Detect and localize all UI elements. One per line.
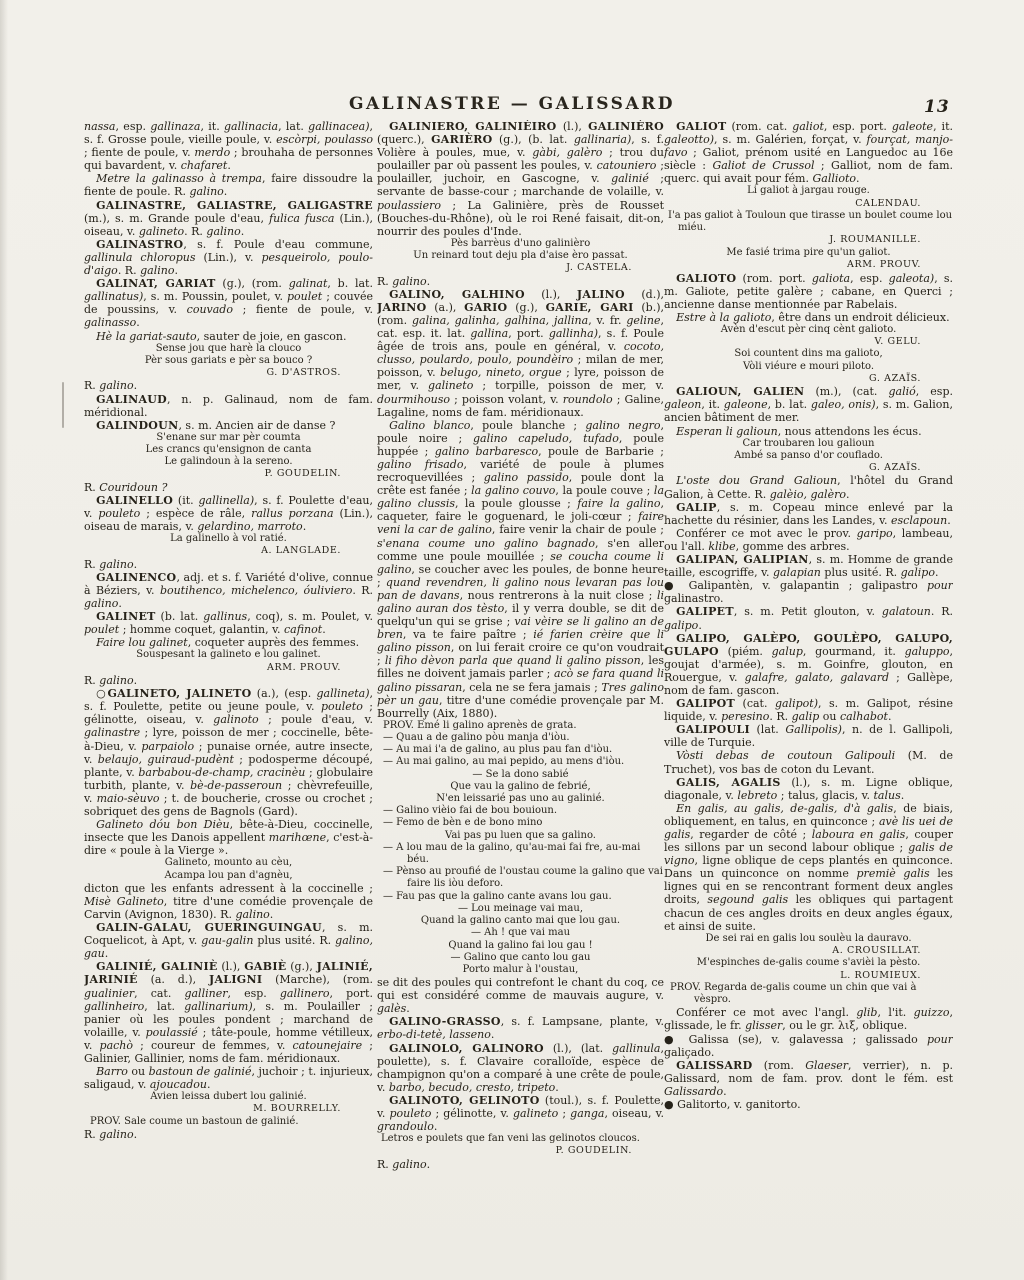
paragraph: dicton que les enfants adressent à la co… [84, 882, 373, 921]
proverb-line: — Galino vièio fai de bou bouioun. [377, 805, 664, 817]
paragraph: R. galino. [377, 275, 664, 288]
paragraph: R. galino. [84, 1128, 373, 1141]
verse-line: La galinello à vol ratié. [84, 533, 373, 545]
attribution: L. ROUMIEUX. [664, 970, 953, 982]
entry-paragraph: GALINET (b. lat. gallinus, coq), s. m. P… [84, 610, 373, 636]
attribution: ARM. PROUV. [84, 662, 373, 674]
proverb-line: — Au mai galino, au mai pepido, au mens … [377, 756, 664, 768]
paragraph: R. galino. [84, 379, 373, 392]
proverb-line: PROV. Regarda de-galis coume un chin que… [664, 982, 953, 1006]
dictionary-page-scan: GALINASTRE — GALISSARD 13 nassa, esp. ga… [0, 0, 1024, 1280]
entry-paragraph: GALINOLO, GALINORO (l.), (lat. gallinula… [377, 1042, 664, 1094]
attribution: G. AZAÏS. [664, 373, 953, 385]
page-number: 13 [924, 97, 950, 117]
entry-paragraph: Estre à la galioto, être dans un endroit… [664, 311, 953, 324]
entry-paragraph: GALINENCO, adj. et s. f. Variété d'olive… [84, 571, 373, 610]
verse-line: Le galindoun à la sereno. [84, 456, 373, 468]
text-column-3: GALIOT (rom. cat. galiot, esp. port. gal… [664, 120, 953, 1272]
entry-paragraph: Faire lou galinet, coqueter auprès des f… [84, 636, 373, 649]
entry-paragraph: GALIN-GALAU, GUERINGUINGAU, s. m. Coquel… [84, 921, 373, 960]
paragraph: R. galino. [377, 1158, 664, 1171]
proverb-line: — Femo de bèn e de bono mino [377, 817, 664, 829]
verse-line: N'en leissarié pas uno au galinié. [377, 793, 664, 805]
attribution: ARM. PROUV. [664, 259, 953, 271]
proverb-line: — Quau a de galino pòu manja d'iòu. [377, 732, 664, 744]
proverb-line: — Au mai i'a de galino, au plus pau fan … [377, 744, 664, 756]
verse-line: Vai pas pu luen que sa galino. [377, 830, 664, 842]
entry-paragraph: GALISSARD (rom. Glaeser, verrier), n. p.… [664, 1059, 953, 1098]
verse-line: Avien leissa dubert lou galinié. [84, 1091, 373, 1103]
entry-paragraph: Galineto dóu bon Dièu, bête-à-Dieu, cocc… [84, 818, 373, 857]
entry-paragraph: GALIPET, s. m. Petit glouton, v. galatou… [664, 605, 953, 631]
entry-paragraph: GALIPOULI (lat. Gallipolis), n. de l. Ga… [664, 723, 953, 749]
scan-edge-shadow [0, 0, 8, 1280]
verse-line: Que vau la galino de febrié, [377, 781, 664, 793]
entry-paragraph: Barro ou bastoun de galinié, juchoir ; t… [84, 1065, 373, 1091]
verse-line: Quand la galino fai lou gau ! [377, 940, 664, 952]
verse-line: Me fasié trima pire qu'un galiot. [664, 247, 953, 259]
verse-line: Quand la galino canto mai que lou gau. [377, 915, 664, 927]
entry-paragraph: Conférer ce mot avec le prov. garipo, la… [664, 527, 953, 553]
attribution: V. GELU. [664, 336, 953, 348]
scan-artifact [62, 382, 64, 428]
verse-line: — Galino que canto lou gau [377, 952, 664, 964]
verse-line: — Se la dono sabié [377, 769, 664, 781]
attribution: J. ROUMANILLE. [664, 234, 953, 246]
entry-paragraph: GALINIÉ, GALINIÈ (l.), GABIÈ (g.), JALIN… [84, 960, 373, 1065]
attribution: J. CASTELA. [377, 262, 664, 274]
paragraph: ● Galitorto, v. ganitorto. [664, 1098, 953, 1111]
entry-paragraph: GALINIERO, GALINIÈIRO (l.), GALINIÈRO (q… [377, 120, 664, 238]
paragraph: ● Galipantèn, v. galapantin ; galipastro… [664, 579, 953, 605]
entry-paragraph: Hè la gariat-sauto, sauter de joie, en g… [84, 330, 373, 343]
verse-line: Soi countent dins ma galioto, [664, 348, 953, 360]
text-column-1: nassa, esp. gallinaza, it. gallinacia, l… [84, 120, 373, 1272]
verse-line: Sense jou que harè la clouco [84, 343, 373, 355]
verse-line: S'enane sur mar pèr coumta [84, 432, 373, 444]
paragraph: se dit des poules qui contrefont le chan… [377, 976, 664, 1015]
entry-paragraph: GALIP, s. m. Copeau mince enlevé par la … [664, 501, 953, 527]
verse-line: Porto malur à l'oustau, [377, 964, 664, 976]
paragraph: nassa, esp. gallinaza, it. gallinacia, l… [84, 120, 373, 172]
entry-paragraph: Conférer ce mot avec l'angl. glib, l'it.… [664, 1006, 953, 1032]
entry-paragraph: Esperan li galioun, nous attendons les é… [664, 425, 953, 438]
paragraph: R. galino. [84, 674, 373, 687]
verse-line: Pès barrèus d'uno galinièro [377, 238, 664, 250]
entry-paragraph: GALIOUN, GALIEN (m.), (cat. galió, esp. … [664, 385, 953, 424]
attribution: M. BOURRELLY. [84, 1103, 373, 1115]
entry-paragraph: GALIPAN, GALIPIAN, s. m. Homme de grande… [664, 553, 953, 579]
entry-paragraph: GALINO-GRASSO, s. f. Lampsane, plante, v… [377, 1015, 664, 1041]
quote-line: Letros e poulets que fan veni las gelino… [377, 1133, 664, 1145]
entry-paragraph: GALIOTO (rom. port. galiota, esp. galeot… [664, 272, 953, 311]
entry-paragraph: En galis, au galis, de-galis, d'à galis,… [664, 802, 953, 933]
paragraph: R. galino. [84, 558, 373, 571]
proverb-line: — Pènso au proufié de l'oustau coume la … [377, 866, 664, 890]
verse-line: Galineto, mounto au cèu, [84, 857, 373, 869]
running-head: GALINASTRE — GALISSARD [0, 94, 1024, 114]
entry-paragraph: Vòsti debas de coutoun Galipouli (M. de … [664, 749, 953, 775]
verse-line: Car troubaren lou galioun [664, 438, 953, 450]
text-column-2: GALINIERO, GALINIÈIRO (l.), GALINIÈRO (q… [377, 120, 664, 1272]
attribution: A. LANGLADE. [84, 545, 373, 557]
verse-line: Li galiot à jargau rouge. [664, 185, 953, 197]
entry-paragraph: GALINOTO, GELINOTO (toul.), s. f. Poulet… [377, 1094, 664, 1133]
proverb-line: — A lou mau de la galino, qu'au-mai fai … [377, 842, 664, 866]
proverb-line: — Fau pas que la galino cante avans lou … [377, 891, 664, 903]
entry-paragraph: L'oste dou Grand Galioun, l'hôtel du Gra… [664, 474, 953, 500]
entry-paragraph: ○GALINETO, JALINETO (a.), (esp. gallinet… [84, 687, 373, 818]
attribution: P. GOUDELIN. [377, 1145, 664, 1157]
verse-line: Pèr sous gariats e pèr sa bouco ? [84, 355, 373, 367]
verse-line: De sei rai en galis lou soulèu la daurav… [664, 933, 953, 945]
entry-paragraph: GALINO, GALHINO (l.), JALINO (d.), JARIN… [377, 288, 664, 419]
verse-line: — Ah ! que vai mau [377, 927, 664, 939]
verse-line: Les crancs qu'ensignon de canta [84, 444, 373, 456]
verse-line: Vòli viéure e mouri piloto. [664, 361, 953, 373]
entry-paragraph: GALINELLO (it. gallinella), s. f. Poulet… [84, 494, 373, 533]
attribution: G. D'ASTROS. [84, 367, 373, 379]
entry-paragraph: GALIPO, GALÈPO, GOULÈPO, GALUPO, GULAPO … [664, 632, 953, 697]
proverb-line: PROV. Emé li galino aprenès de grata. [377, 720, 664, 732]
verse-line: M'espinches de-galis coume s'avièi la pè… [664, 957, 953, 969]
entry-paragraph: GALIS, AGALIS (l.), s. m. Ligne oblique,… [664, 776, 953, 802]
entry-paragraph: GALINASTRO, s. f. Poule d'eau commune, g… [84, 238, 373, 277]
quote-line: I'a pas galiot à Touloun que tirasse un … [664, 210, 953, 234]
entry-paragraph: GALINDOUN, s. m. Ancien air de danse ? [84, 419, 373, 432]
entry-paragraph: GALIPOT (cat. galipot), s. m. Galipot, r… [664, 697, 953, 723]
verse-line: — Lou meinage vai mau, [377, 903, 664, 915]
verse-line: Acampa lou pan d'agnèu, [84, 870, 373, 882]
entry-paragraph: GALIOT (rom. cat. galiot, esp. port. gal… [664, 120, 953, 185]
paragraph: R. Couridoun ? [84, 481, 373, 494]
proverb-line: PROV. Sale coume un bastoun de galinié. [84, 1116, 373, 1128]
entry-paragraph: GALINASTRE, GALIASTRE, GALIGASTRE (m.), … [84, 199, 373, 238]
entry-paragraph: Metre la galinasso à trempa, faire disso… [84, 172, 373, 198]
paragraph: ● Galissa (se), v. galavessa ; galissado… [664, 1033, 953, 1059]
attribution: A. CROUSILLAT. [664, 945, 953, 957]
entry-paragraph: Galino blanco, poule blanche ; galino ne… [377, 419, 664, 720]
verse-line: Souspesant la galineto e lou galinet. [84, 649, 373, 661]
entry-paragraph: GALINAT, GARIAT (g.), (rom. galinat, b. … [84, 277, 373, 329]
verse-line: Ambé sa panso d'or couflado. [664, 450, 953, 462]
verse-line: Un reinard tout deju pla d'aise èro pass… [377, 250, 664, 262]
attribution: P. GOUDELIN. [84, 468, 373, 480]
verse-line: Avèn d'escut pèr cinq cènt galioto. [664, 324, 953, 336]
attribution: CALENDAU. [664, 198, 953, 210]
attribution: G. AZAÏS. [664, 462, 953, 474]
entry-paragraph: GALINAUD, n. p. Galinaud, nom de fam. mé… [84, 393, 373, 419]
